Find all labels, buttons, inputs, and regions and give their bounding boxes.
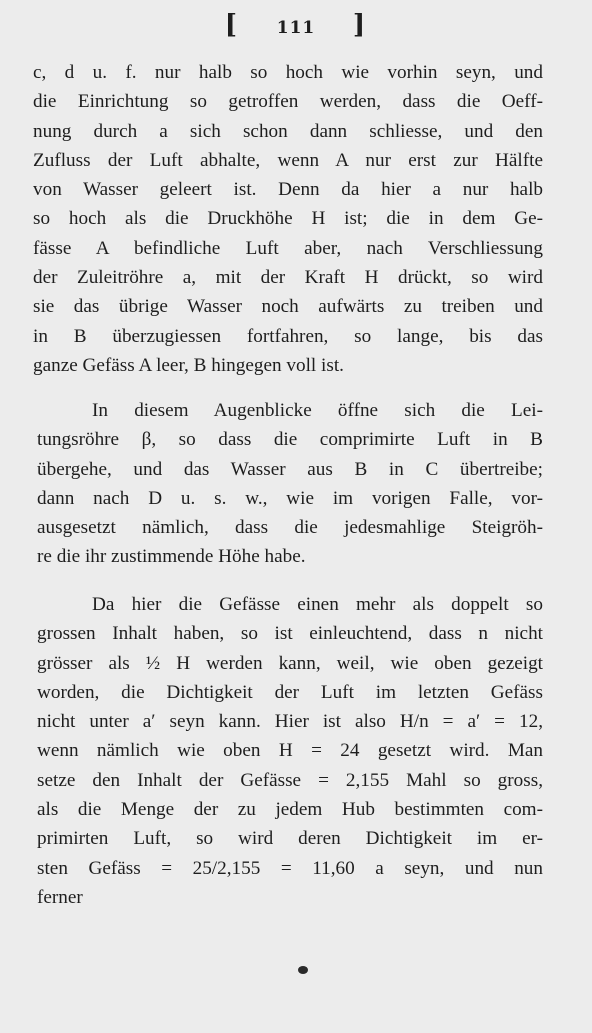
text-line: übergehe, und das Wasser aus B in C über… <box>37 455 543 484</box>
text-line: setze den Inhalt der Gefässe = 2,155 Mah… <box>37 766 543 795</box>
text-line: ganze Gefäss A leer, B hingegen voll ist… <box>33 351 543 380</box>
text-line: nicht unter a′ seyn kann. Hier ist also … <box>37 707 543 736</box>
text-line: wenn nämlich wie oben H = 24 gesetzt wir… <box>37 736 543 765</box>
text-line: in B überzugiessen fortfahren, so lange,… <box>33 322 543 351</box>
text-line: re die ihr zustimmende Höhe habe. <box>37 542 543 571</box>
text-line: primirten Luft, so wird deren Dichtigkei… <box>37 824 543 853</box>
text-line: In diesem Augenblicke öffne sich die Lei… <box>37 396 543 425</box>
ink-blot-ornament <box>298 966 308 974</box>
text-line: tungsröhre β, so dass die comprimirte Lu… <box>37 425 543 454</box>
page-header: [ 111 ] <box>0 10 592 40</box>
text-line: sten Gefäss = 25/2,155 = 11,60 a seyn, u… <box>37 854 543 883</box>
paragraph-3: Da hier die Gefässe einen mehr als doppe… <box>37 590 543 912</box>
text-line: fässe A befindliche Luft aber, nach Vers… <box>33 234 543 263</box>
text-line: grossen Inhalt haben, so ist einleuchten… <box>37 619 543 648</box>
bracket-close: ] <box>353 10 367 40</box>
text-line: Da hier die Gefässe einen mehr als doppe… <box>37 590 543 619</box>
text-line: als die Menge der zu jedem Hub bestimmte… <box>37 795 543 824</box>
text-line: von Wasser geleert ist. Denn da hier a n… <box>33 175 543 204</box>
text-line: so hoch als die Druckhöhe H ist; die in … <box>33 204 543 233</box>
page-number: 111 <box>277 18 316 38</box>
paragraph-2: In diesem Augenblicke öffne sich die Lei… <box>37 396 543 572</box>
text-line: Zufluss der Luft abhalte, wenn A nur ers… <box>33 146 543 175</box>
bracket-open: [ <box>225 10 239 40</box>
text-line: nung durch a sich schon dann schliesse, … <box>33 117 543 146</box>
text-line: der Zuleitröhre a, mit der Kraft H drück… <box>33 263 543 292</box>
text-line: ferner <box>37 883 543 912</box>
text-line: ausgesetzt nämlich, dass die jedesmahlig… <box>37 513 543 542</box>
text-line: worden, die Dichtigkeit der Luft im letz… <box>37 678 543 707</box>
text-line: dann nach D u. s. w., wie im vorigen Fal… <box>37 484 543 513</box>
text-line: die Einrichtung so getroffen werden, das… <box>33 87 543 116</box>
text-line: sie das übrige Wasser noch aufwärts zu t… <box>33 292 543 321</box>
paragraph-1: c, d u. f. nur halb so hoch wie vorhin s… <box>33 58 543 380</box>
text-line: c, d u. f. nur halb so hoch wie vorhin s… <box>33 58 543 87</box>
text-line: grösser als ½ H werden kann, weil, wie o… <box>37 649 543 678</box>
